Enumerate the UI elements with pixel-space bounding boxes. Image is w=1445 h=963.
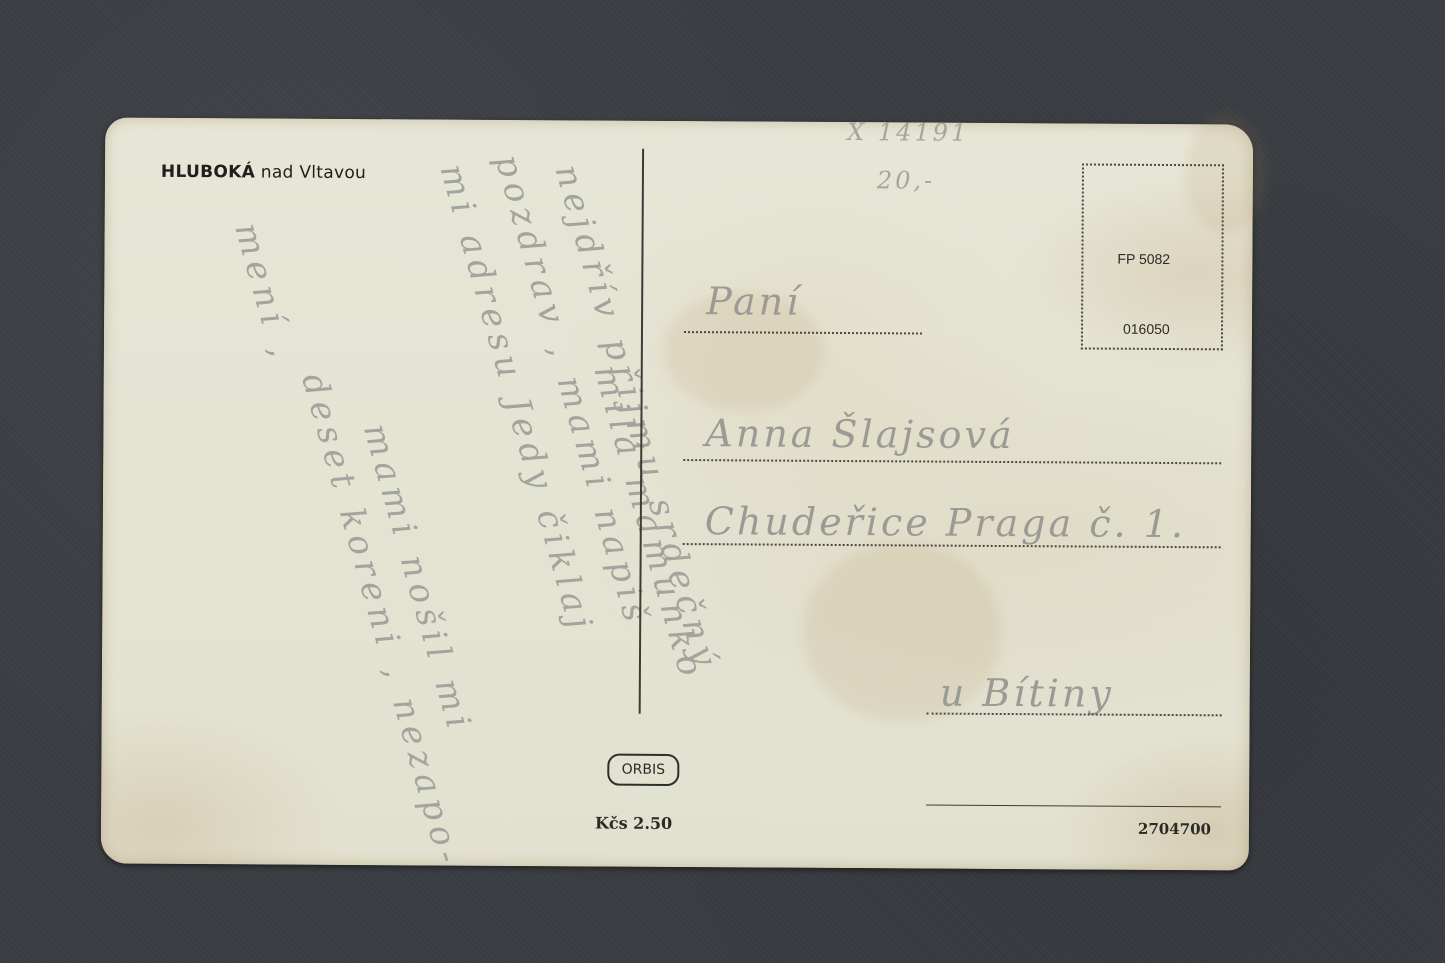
publisher-name: ORBIS	[622, 762, 665, 778]
price-label: Kčs 2.50	[595, 814, 672, 833]
price-note: 20,-	[877, 166, 935, 194]
stamp-box: FP 5082 016050	[1081, 163, 1224, 350]
publisher-logo: ORBIS	[607, 754, 679, 786]
address-line-1: Paní	[706, 279, 801, 324]
stamp-fp-text: FP 5082	[1117, 251, 1170, 267]
address-solid-line	[926, 805, 1221, 808]
message-line: mení ,	[226, 218, 303, 366]
catalog-number-note: X 14191	[847, 118, 969, 147]
address-line-3: Chudeřice Praga č. 1.	[705, 499, 1186, 546]
stamp-code-text: 016050	[1123, 321, 1170, 337]
serial-number: 2704700	[1138, 820, 1211, 838]
location-title: HLUBOKÁ nad Vltavou	[161, 162, 366, 183]
address-dotted-line	[927, 713, 1222, 717]
address-line-2: Anna Šlajsová	[705, 411, 1015, 457]
address-dotted-line	[683, 459, 1221, 464]
address-line-4: u Bítiny	[940, 671, 1114, 716]
title-bold: HLUBOKÁ	[161, 162, 255, 183]
title-rest: nad Vltavou	[255, 162, 366, 183]
postcard: HLUBOKÁ nad Vltavou milá mamunko nejdřív…	[101, 118, 1254, 871]
